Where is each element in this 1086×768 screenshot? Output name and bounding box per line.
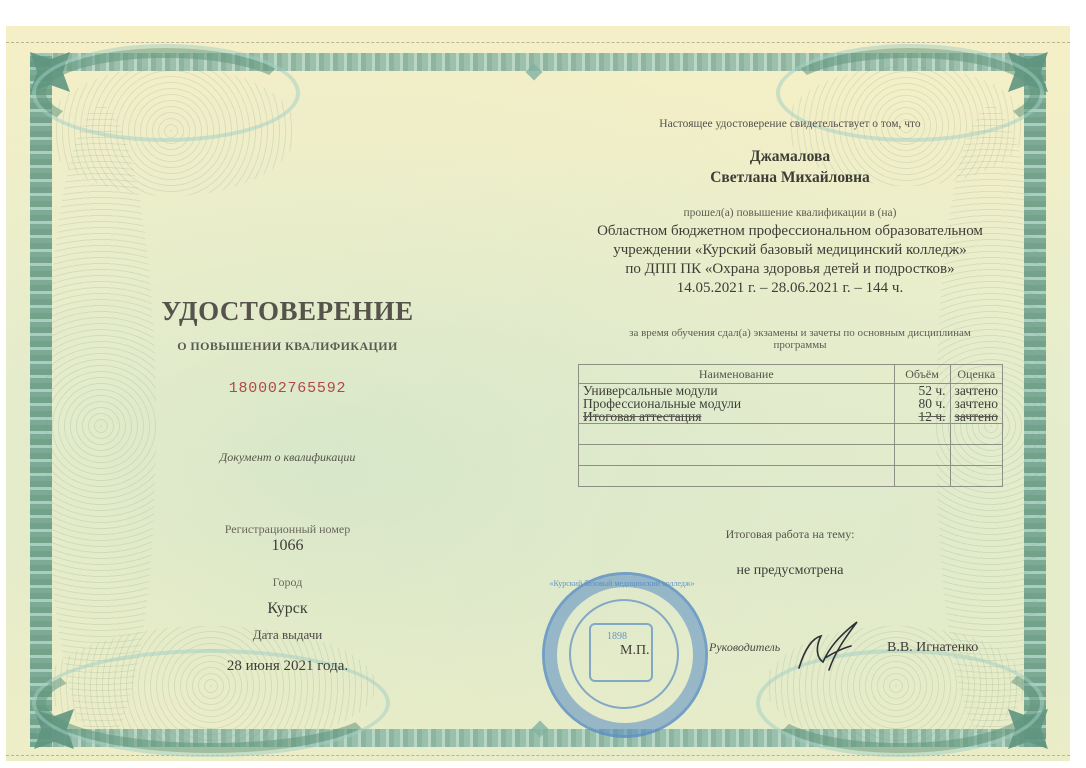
table-row: Универсальные модули 52 ч. зачтено — [579, 384, 1003, 398]
exams-label-line: за время обучения сдал(а) экзамены и зач… — [580, 327, 1020, 339]
registration-label: Регистрационный номер — [120, 522, 455, 537]
bottom-dashed-line — [6, 755, 1070, 756]
document-type: Документ о квалификации — [120, 450, 455, 465]
period-line: 14.05.2021 г. – 28.06.2021 г. – 144 ч. — [575, 279, 1005, 298]
certificate-subtitle: О ПОВЫШЕНИИ КВАЛИФИКАЦИИ — [120, 339, 455, 354]
serial-number: 180002765592 — [120, 380, 455, 397]
registration-number: 1066 — [120, 537, 455, 555]
certificate-title: УДОСТОВЕРЕНИЕ — [120, 296, 455, 327]
exams-label-line: программы — [580, 339, 1020, 351]
city-value: Курск — [120, 600, 455, 618]
subject-volume: 52 ч. — [894, 384, 950, 398]
passed-label: прошел(а) повышение квалификации в (на) — [580, 207, 1000, 219]
signature-icon — [795, 618, 865, 678]
institution-line: учреждении «Курский базовый медицинский … — [575, 241, 1005, 260]
final-work-label: Итоговая работа на тему: — [580, 527, 1000, 542]
program-line: по ДПП ПК «Охрана здоровья детей и подро… — [575, 260, 1005, 279]
seal-label: М.П. — [620, 643, 650, 659]
head-name: В.В. Игнатенко — [887, 640, 978, 656]
empty-table-row — [579, 424, 1003, 445]
seal-year: 1898 — [607, 631, 627, 642]
seal-text: «Курский базовый медицинский колледж» — [545, 579, 699, 588]
institution-block: Областном бюджетном профессиональном обр… — [575, 222, 1005, 298]
table-header-row: Наименование Объём Оценка — [579, 365, 1003, 384]
empty-table-row — [579, 445, 1003, 466]
issue-date: 28 июня 2021 года. — [120, 658, 455, 675]
grades-table: Наименование Объём Оценка Универсальные … — [578, 364, 1003, 487]
subject-name: Универсальные модули — [579, 384, 895, 398]
holder-surname: Джамалова — [580, 148, 1000, 166]
subject-grade: зачтено — [950, 384, 1002, 398]
head-label: Руководитель — [709, 640, 780, 655]
subject-name: Итоговая аттестация — [579, 410, 895, 424]
subject-grade: зачтено — [950, 410, 1002, 424]
subject-volume: 12 ч. — [894, 410, 950, 424]
top-dashed-line — [6, 42, 1070, 43]
column-header-name: Наименование — [579, 365, 895, 384]
holder-given-names: Светлана Михайловна — [580, 169, 1000, 187]
issue-date-label: Дата выдачи — [120, 627, 455, 643]
empty-table-row — [579, 466, 1003, 487]
exams-label: за время обучения сдал(а) экзамены и зач… — [580, 327, 1020, 351]
column-header-grade: Оценка — [950, 365, 1002, 384]
column-header-volume: Объём — [894, 365, 950, 384]
table-row: Итоговая аттестация 12 ч. зачтено — [579, 410, 1003, 424]
border-swoop — [36, 48, 296, 138]
city-label: Город — [120, 575, 455, 590]
institution-line: Областном бюджетном профессиональном обр… — [575, 222, 1005, 241]
intro-text: Настоящее удостоверение свидетельствует … — [580, 118, 1000, 130]
